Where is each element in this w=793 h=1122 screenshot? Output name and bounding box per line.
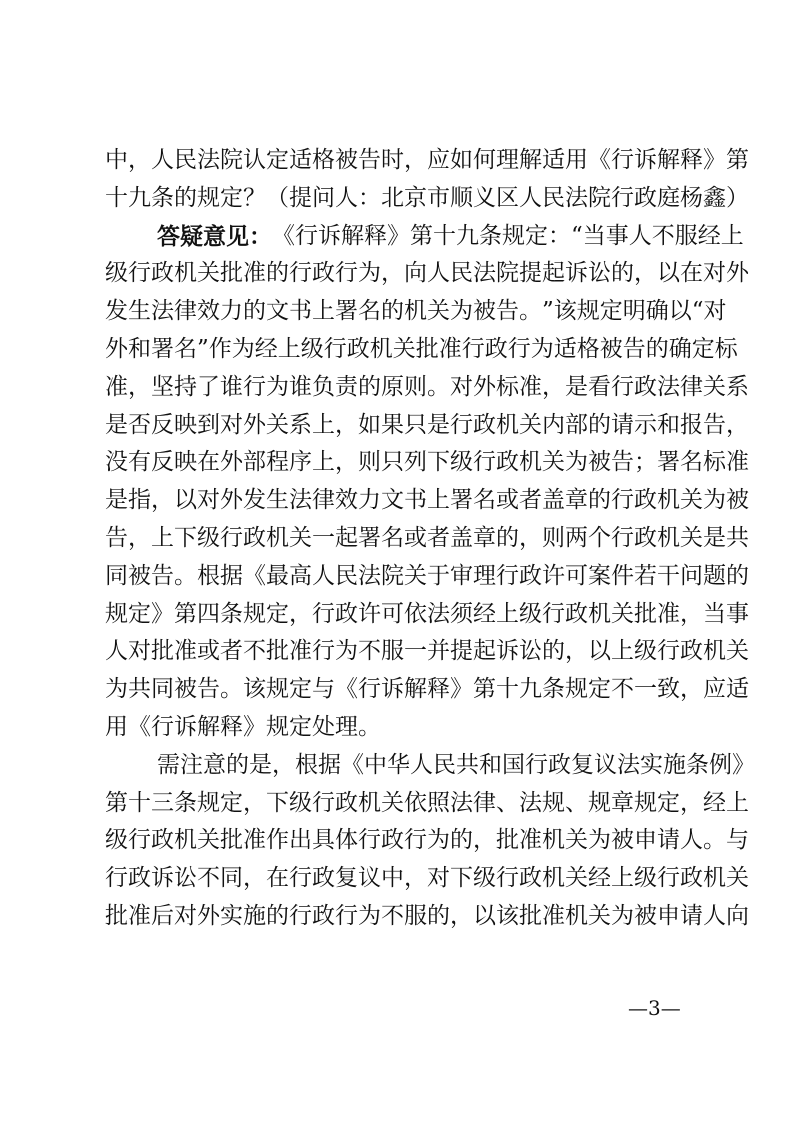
document-page: 中，人民法院认定适格被告时，应如何理解适用《行诉解释》第 十九条的规定？（提问人…	[0, 0, 793, 1122]
text-line: 第十三条规定，下级行政机关依照法律、法规、规章规定，经上	[105, 785, 687, 823]
text-line: 规定》第四条规定，行政许可依法须经上级行政机关批准，当事	[105, 596, 687, 634]
text-line: 人对批准或者不批准行为不服一并提起诉讼的，以上级行政机关	[105, 633, 687, 671]
text-line: 级行政机关批准的行政行为，向人民法院提起诉讼的，以在对外	[105, 255, 687, 293]
text-line: 需注意的是，根据《中华人民共和国行政复议法实施条例》	[105, 747, 687, 785]
text-line: 没有反映在外部程序上，则只列下级行政机关为被告；署名标准	[105, 444, 687, 482]
text-line: 外和署名”作为经上级行政机关批准行政行为适格被告的确定标	[105, 331, 687, 369]
text-line: 发生法律效力的文书上署名的机关为被告。”该规定明确以“对	[105, 293, 687, 331]
text-line: 为共同被告。该规定与《行诉解释》第十九条规定不一致，应适	[105, 671, 687, 709]
text-line: 是否反映到对外关系上，如果只是行政机关内部的请示和报告，	[105, 407, 687, 445]
text-line: 中，人民法院认定适格被告时，应如何理解适用《行诉解释》第	[105, 142, 687, 180]
text-line: 批准后对外实施的行政行为不服的，以该批准机关为被申请人向	[105, 898, 687, 936]
text-line: 行政诉讼不同，在行政复议中，对下级行政机关经上级行政机关	[105, 860, 687, 898]
body-text: 中，人民法院认定适格被告时，应如何理解适用《行诉解释》第 十九条的规定？（提问人…	[105, 142, 687, 936]
text-line: 是指，以对外发生法律效力文书上署名或者盖章的行政机关为被	[105, 482, 687, 520]
text-line: 告，上下级行政机关一起署名或者盖章的，则两个行政机关是共	[105, 520, 687, 558]
page-number: —3—	[628, 996, 681, 1020]
text-line: 用《行诉解释》规定处理。	[105, 709, 687, 747]
answer-first-line: 答疑意见：《行诉解释》第十九条规定：“当事人不服经上	[105, 218, 687, 256]
text-line: 十九条的规定？（提问人：北京市顺义区人民法院行政庭杨鑫）	[105, 180, 687, 218]
text-line: 同被告。根据《最高人民法院关于审理行政许可案件若干问题的	[105, 558, 687, 596]
text-line: 级行政机关批准作出具体行政行为的，批准机关为被申请人。与	[105, 822, 687, 860]
text-line: 准，坚持了谁行为谁负责的原则。对外标准，是看行政法律关系	[105, 369, 687, 407]
